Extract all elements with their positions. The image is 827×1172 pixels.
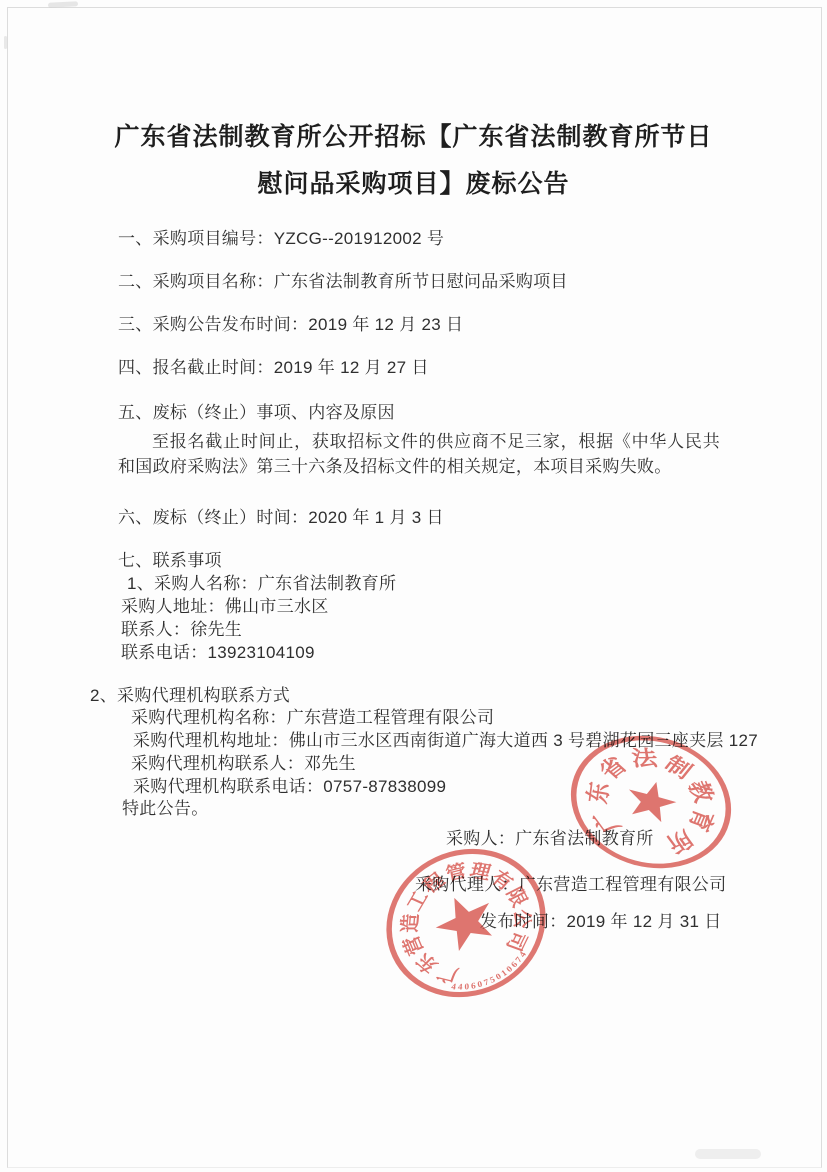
svg-text:东: 东 — [583, 780, 615, 806]
svg-text:6: 6 — [470, 980, 476, 990]
cancellation-reason-paragraph: 至报名截止时间止，获取招标文件的供应商不足三家，根据《中华人民共和国政府采购法》… — [118, 429, 720, 479]
svg-text:省: 省 — [594, 752, 633, 785]
agency-contact-person-line: 采购代理机构联系人：邓先生 — [131, 749, 356, 774]
purchaser-address-line: 采购人地址：佛山市三水区 — [121, 592, 329, 617]
purchaser-contact-person-line: 联系人：徐先生 — [121, 615, 242, 640]
svg-text:司: 司 — [501, 929, 530, 954]
contact-heading: 七、联系事项 — [118, 546, 222, 571]
item-registration-deadline: 四、报名截止时间：2019 年 12 月 27 日 — [118, 353, 429, 378]
item-project-number: 一、采购项目编号：YZCG--201912002 号 — [118, 224, 444, 249]
scanned-notice-page: 广东省法制教育所公开招标【广东省法制教育所节日 慰问品采购项目】废标公告 一、采… — [0, 0, 827, 1172]
scan-artifact — [48, 1, 78, 8]
scan-artifact — [4, 36, 7, 49]
notice-title: 广东省法制教育所公开招标【广东省法制教育所节日 慰问品采购项目】废标公告 — [0, 114, 827, 208]
svg-text:育: 育 — [683, 806, 720, 836]
item-project-name: 二、采购项目名称：广东省法制教育所节日慰问品采购项目 — [118, 267, 568, 292]
svg-text:教: 教 — [682, 779, 719, 806]
closing-line: 特此公告。 — [122, 794, 209, 819]
svg-text:0: 0 — [504, 964, 515, 974]
svg-text:0: 0 — [476, 979, 483, 990]
item-termination-time: 六、废标（终止）时间：2020 年 1 月 3 日 — [118, 503, 444, 528]
svg-text:东: 东 — [411, 948, 442, 977]
item-announcement-date: 三、采购公告发布时间：2019 年 12 月 23 日 — [118, 310, 463, 335]
svg-text:广: 广 — [434, 960, 461, 986]
signature-publish-date: 发布时间：2019 年 12 月 31 日 — [480, 907, 722, 932]
purchaser-name-line: 1、采购人名称：广东省法制教育所 — [127, 569, 396, 594]
svg-text:0: 0 — [464, 981, 469, 991]
svg-text:5: 5 — [488, 974, 497, 985]
svg-text:6: 6 — [509, 959, 520, 969]
signature-purchaser: 采购人：广东省法制教育所 — [446, 824, 654, 849]
notice-title-line2: 慰问品采购项目】废标公告 — [0, 161, 827, 208]
svg-text:7: 7 — [513, 955, 524, 964]
purchaser-official-seal: 广东省法制教育所 — [565, 733, 737, 871]
signature-agent: 采购代理人：广东营造工程管理有限公司 — [415, 870, 726, 895]
svg-text:造: 造 — [398, 913, 423, 932]
svg-text:4: 4 — [517, 950, 528, 959]
agency-address-line: 采购代理机构地址：佛山市三水区西南街道广海大道西 3 号碧湖花园三座夹层 127 — [133, 726, 758, 751]
agency-name-line: 采购代理机构名称：广东营造工程管理有限公司 — [131, 703, 494, 728]
svg-text:所: 所 — [660, 825, 699, 857]
svg-text:营: 营 — [399, 932, 429, 959]
svg-text:7: 7 — [482, 977, 490, 988]
svg-text:1: 1 — [499, 967, 509, 978]
svg-text:4: 4 — [457, 982, 463, 992]
svg-text:制: 制 — [660, 752, 697, 784]
purchaser-phone-line: 联系电话：13923104109 — [121, 638, 315, 663]
svg-text:4: 4 — [451, 981, 458, 991]
notice-title-line1: 广东省法制教育所公开招标【广东省法制教育所节日 — [0, 114, 827, 161]
item-cancellation-heading: 五、废标（终止）事项、内容及原因 — [118, 398, 395, 423]
svg-text:0: 0 — [494, 971, 503, 982]
scan-artifact — [695, 1149, 761, 1159]
